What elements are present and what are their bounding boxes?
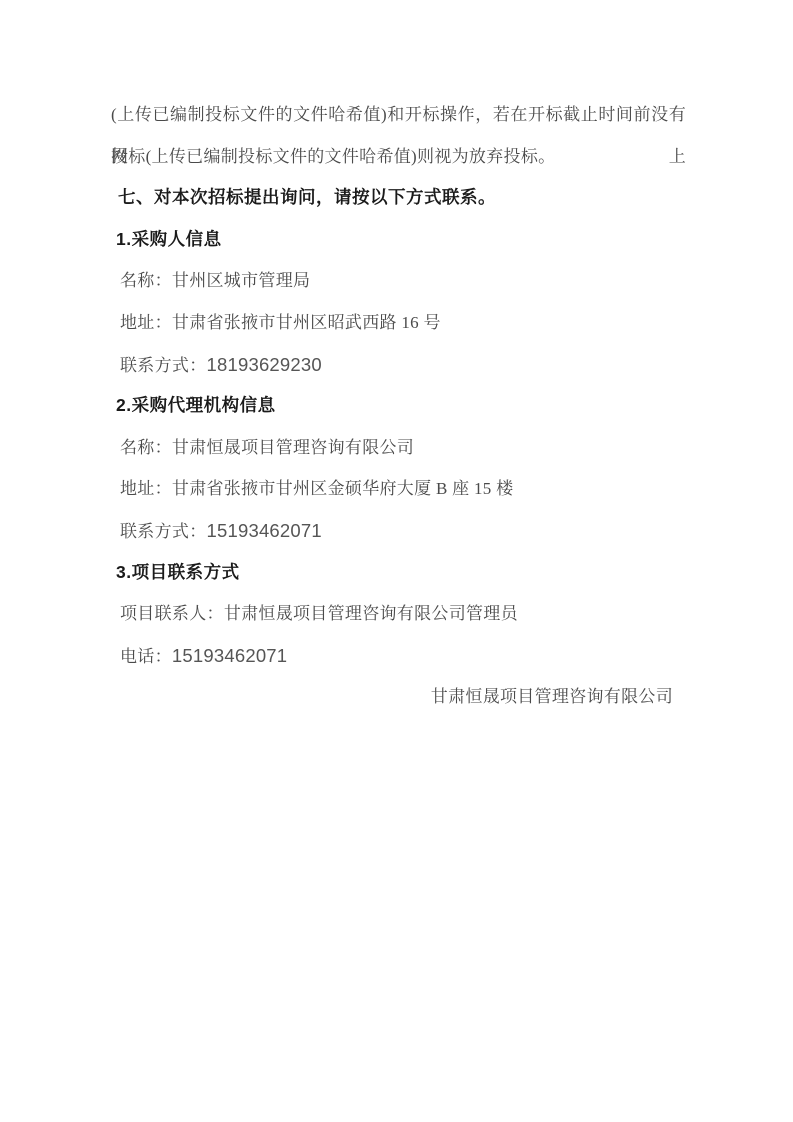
project-phone-label: 电话： <box>120 647 172 666</box>
purchaser-address-value: 甘肃省张掖市甘州区昭武西路 16 号 <box>172 313 441 332</box>
purchaser-info-heading: 1.采购人信息 <box>111 219 686 261</box>
agency-contact-row: 联系方式：15193462071 <box>111 510 686 552</box>
agency-name-label: 名称： <box>120 438 172 457</box>
purchaser-name-row: 名称：甘州区城市管理局 <box>111 260 686 302</box>
purchaser-contact-value: 18193629230 <box>207 354 322 375</box>
purchaser-contact-label: 联系方式： <box>120 356 207 375</box>
document-content: (上传已编制投标文件的文件哈希值)和开标操作，若在开标截止时间前没有网上 投标(… <box>111 94 686 718</box>
agency-name-row: 名称：甘肃恒晟项目管理咨询有限公司 <box>111 427 686 469</box>
section-seven-heading: 七、对本次招标提出询问，请按以下方式联系。 <box>111 177 686 219</box>
purchaser-address-row: 地址：甘肃省张掖市甘州区昭武西路 16 号 <box>111 302 686 344</box>
purchaser-name-label: 名称： <box>120 271 172 290</box>
project-contact-person-row: 项目联系人：甘肃恒晟项目管理咨询有限公司管理员 <box>111 593 686 635</box>
agency-address-label: 地址： <box>120 479 172 498</box>
project-phone-row: 电话：15193462071 <box>111 635 686 677</box>
agency-address-row: 地址：甘肃省张掖市甘州区金硕华府大厦 B 座 15 楼 <box>111 468 686 510</box>
project-contact-heading: 3.项目联系方式 <box>111 552 686 594</box>
purchaser-contact-row: 联系方式：18193629230 <box>111 344 686 386</box>
document-page: (上传已编制投标文件的文件哈希值)和开标操作，若在开标截止时间前没有网上 投标(… <box>0 0 793 1122</box>
paragraph-line-1: (上传已编制投标文件的文件哈希值)和开标操作，若在开标截止时间前没有网上 <box>111 94 686 136</box>
agency-name-value: 甘肃恒晟项目管理咨询有限公司 <box>172 438 414 457</box>
agency-info-heading: 2.采购代理机构信息 <box>111 385 686 427</box>
project-contact-person-label: 项目联系人： <box>120 604 224 623</box>
agency-address-value: 甘肃省张掖市甘州区金硕华府大厦 B 座 15 楼 <box>172 479 514 498</box>
agency-contact-value: 15193462071 <box>207 520 322 541</box>
signature-company-name: 甘肃恒晟项目管理咨询有限公司 <box>111 676 686 718</box>
purchaser-address-label: 地址： <box>120 313 172 332</box>
purchaser-name-value: 甘州区城市管理局 <box>172 271 310 290</box>
agency-contact-label: 联系方式： <box>120 522 207 541</box>
project-contact-person-value: 甘肃恒晟项目管理咨询有限公司管理员 <box>224 604 518 623</box>
project-phone-value: 15193462071 <box>172 645 287 666</box>
